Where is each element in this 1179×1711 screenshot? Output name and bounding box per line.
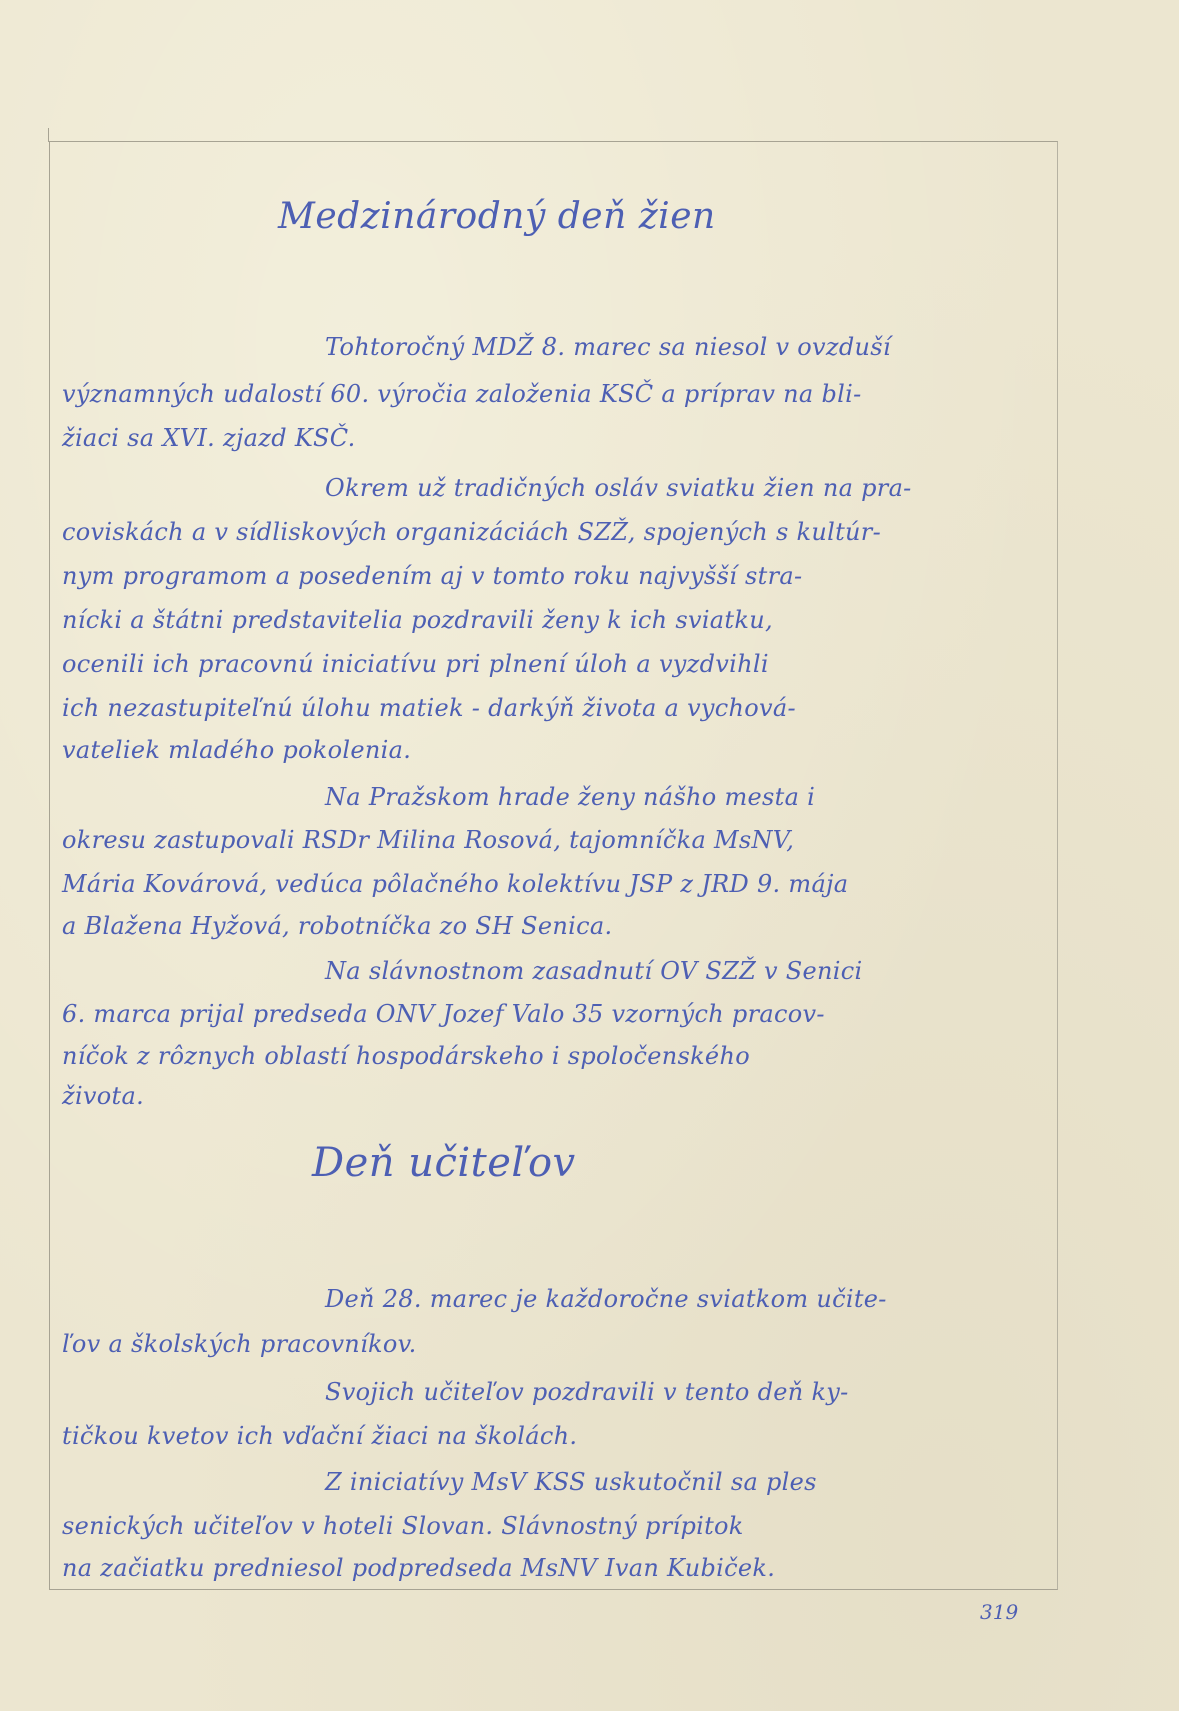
text-line: coviskách a v sídliskových organizáciách… xyxy=(62,518,1042,546)
text-line: nícki a štátni predstavitelia pozdravili… xyxy=(62,606,1042,634)
text-line: okresu zastupovali RSDr Milina Rosová, t… xyxy=(62,826,1042,854)
section-title-womens-day: Medzinárodný deň žien xyxy=(278,196,716,237)
frame-corner-tick xyxy=(48,128,49,142)
text-line: ich nezastupiteľnú úlohu matiek - darkýň… xyxy=(62,694,1042,722)
page-number: 319 xyxy=(980,1600,1018,1624)
text-line: Z iniciatívy MsV KSS uskutočnil sa ples xyxy=(325,1468,1179,1496)
text-line: Okrem už tradičných osláv sviatku žien n… xyxy=(325,474,1179,502)
text-line: vateliek mladého pokolenia. xyxy=(62,736,1042,764)
text-line: nym programom a posedením aj v tomto rok… xyxy=(62,562,1042,590)
text-line: žiaci sa XVI. zjazd KSČ. xyxy=(62,424,1042,452)
text-line: Na Pražskom hrade ženy nášho mesta i xyxy=(325,783,1179,811)
text-line: tičkou kvetov ich vďační žiaci na školác… xyxy=(62,1422,1042,1450)
text-line: ocenili ich pracovnú iniciatívu pri plne… xyxy=(62,650,1042,678)
text-line: života. xyxy=(62,1082,1042,1110)
section-title-teachers-day: Deň učiteľov xyxy=(312,1140,576,1186)
text-line: senických učiteľov v hoteli Slovan. Sláv… xyxy=(62,1512,1042,1540)
text-line: 6. marca prijal predseda ONV Jozef Valo … xyxy=(62,1000,1042,1028)
text-line: níčok z rôznych oblastí hospodárskeho i … xyxy=(62,1042,1042,1070)
text-line: a Blažena Hyžová, robotníčka zo SH Senic… xyxy=(62,912,1042,940)
text-line: Na slávnostnom zasadnutí OV SZŽ v Senici xyxy=(325,957,1179,985)
text-line: Tohtoročný MDŽ 8. marec sa niesol v ovzd… xyxy=(325,333,1179,361)
text-line: Svojich učiteľov pozdravili v tento deň … xyxy=(325,1378,1179,1406)
text-line: Deň 28. marec je každoročne sviatkom uči… xyxy=(325,1285,1179,1313)
text-line: ľov a školských pracovníkov. xyxy=(62,1330,1042,1358)
text-line: významných udalostí 60. výročia založeni… xyxy=(62,380,1042,408)
text-line: na začiatku predniesol podpredseda MsNV … xyxy=(62,1554,1042,1582)
text-line: Mária Kovárová, vedúca pôlačného kolektí… xyxy=(62,870,1042,898)
